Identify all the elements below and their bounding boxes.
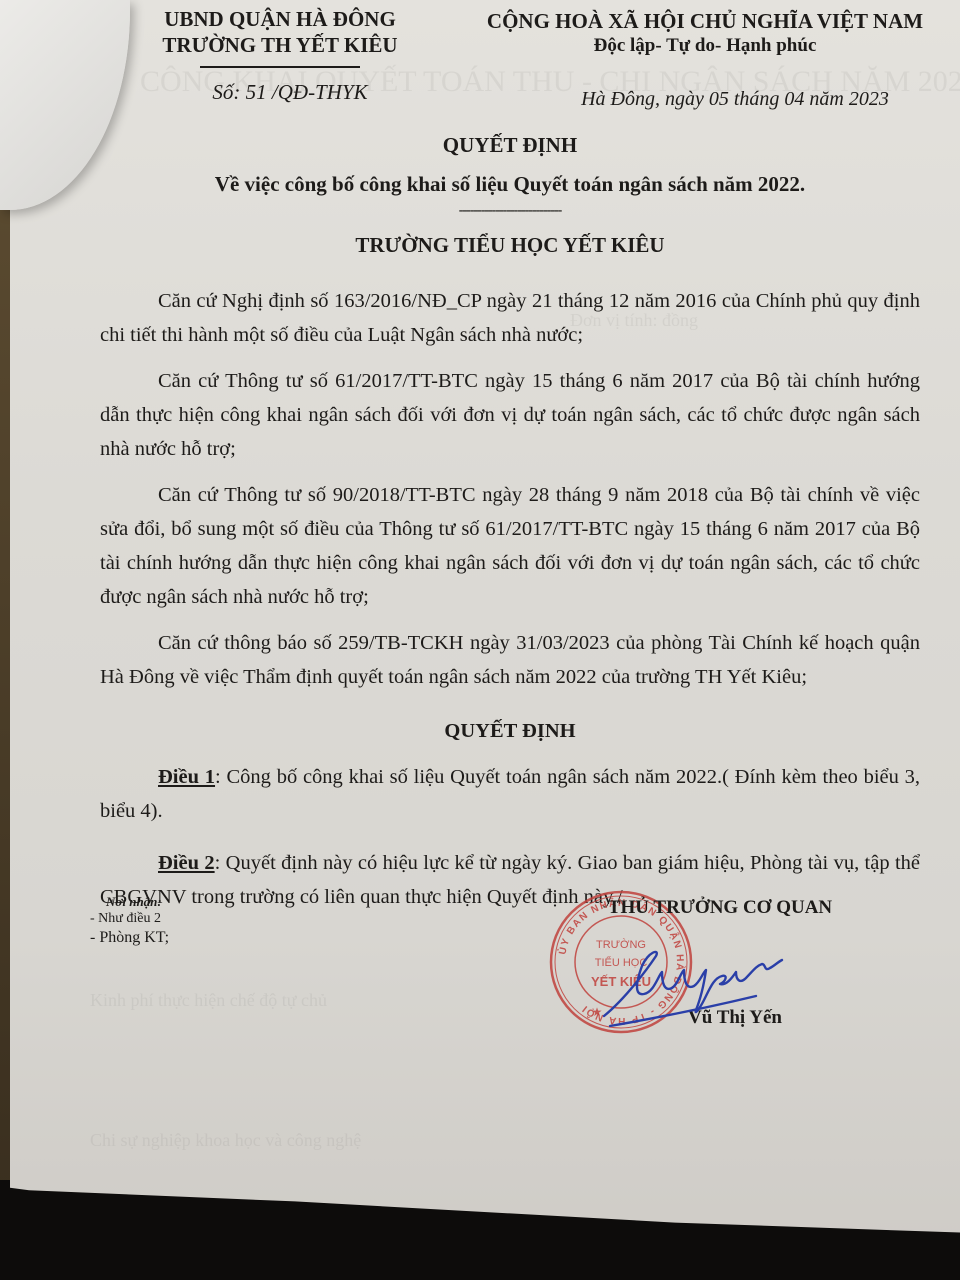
decision-heading: QUYẾT ĐỊNH — [100, 714, 920, 748]
document-type: QUYẾT ĐỊNH — [100, 133, 920, 158]
country-name: CỘNG HOÀ XÃ HỘI CHỦ NGHĨA VIỆT NAM — [470, 8, 940, 34]
school-name: TRƯỜNG TH YẾT KIÊU — [140, 32, 420, 58]
document-subject: Về việc công bố công khai số liệu Quyết … — [100, 172, 920, 197]
handwritten-signature-icon — [596, 938, 786, 1038]
article-1-text: : Công bố công khai số liệu Quyết toán n… — [100, 766, 920, 822]
recipients-heading: Nơi nhận: — [90, 893, 169, 910]
national-motto-block: CỘNG HOÀ XÃ HỘI CHỦ NGHĨA VIỆT NAM Độc l… — [470, 8, 940, 111]
legal-basis-1: Căn cứ Nghị định số 163/2016/NĐ_CP ngày … — [100, 284, 920, 352]
legal-basis-4: Căn cứ thông báo số 259/TB-TCKH ngày 31/… — [100, 626, 920, 694]
authority-name: UBND QUẬN HÀ ĐÔNG — [140, 6, 420, 32]
issuer-name: TRƯỜNG TIỂU HỌC YẾT KIÊU — [100, 233, 920, 258]
legal-basis-2: Căn cứ Thông tư số 61/2017/TT-BTC ngày 1… — [100, 364, 920, 466]
document-number: Số: 51 /QĐ-THYK — [140, 80, 420, 105]
document-body: Căn cứ Nghị định số 163/2016/NĐ_CP ngày … — [100, 284, 920, 926]
motto: Độc lập- Tự do- Hạnh phúc — [470, 34, 940, 58]
bleed-through-text: Kinh phí thực hiện chế độ tự chủ — [90, 990, 327, 1011]
recipient-item: - Phòng KT; — [90, 929, 169, 946]
document-title-block: QUYẾT ĐỊNH Về việc công bố công khai số … — [100, 133, 920, 258]
title-divider: ---------------------------- — [100, 203, 920, 219]
issuing-authority-block: UBND QUẬN HÀ ĐÔNG TRƯỜNG TH YẾT KIÊU Số:… — [140, 6, 420, 105]
header-divider — [200, 66, 360, 68]
recipients-block: Nơi nhận: - Như điều 2 - Phòng KT; — [90, 893, 169, 946]
article-1-label: Điều 1 — [158, 766, 215, 788]
signer-title: THỦ TRƯỞNG CƠ QUAN — [580, 897, 860, 919]
recipient-item: - Như điều 2 — [90, 910, 169, 927]
issue-date: Hà Đông, ngày 05 tháng 04 năm 2023 — [470, 88, 940, 111]
article-1: Điều 1: Công bố công khai số liệu Quyết … — [100, 760, 920, 828]
legal-basis-3: Căn cứ Thông tư số 90/2018/TT-BTC ngày 2… — [100, 478, 920, 614]
bleed-through-text: Chi sự nghiệp khoa học và công nghệ — [90, 1130, 361, 1151]
article-2-label: Điều 2 — [158, 852, 215, 874]
